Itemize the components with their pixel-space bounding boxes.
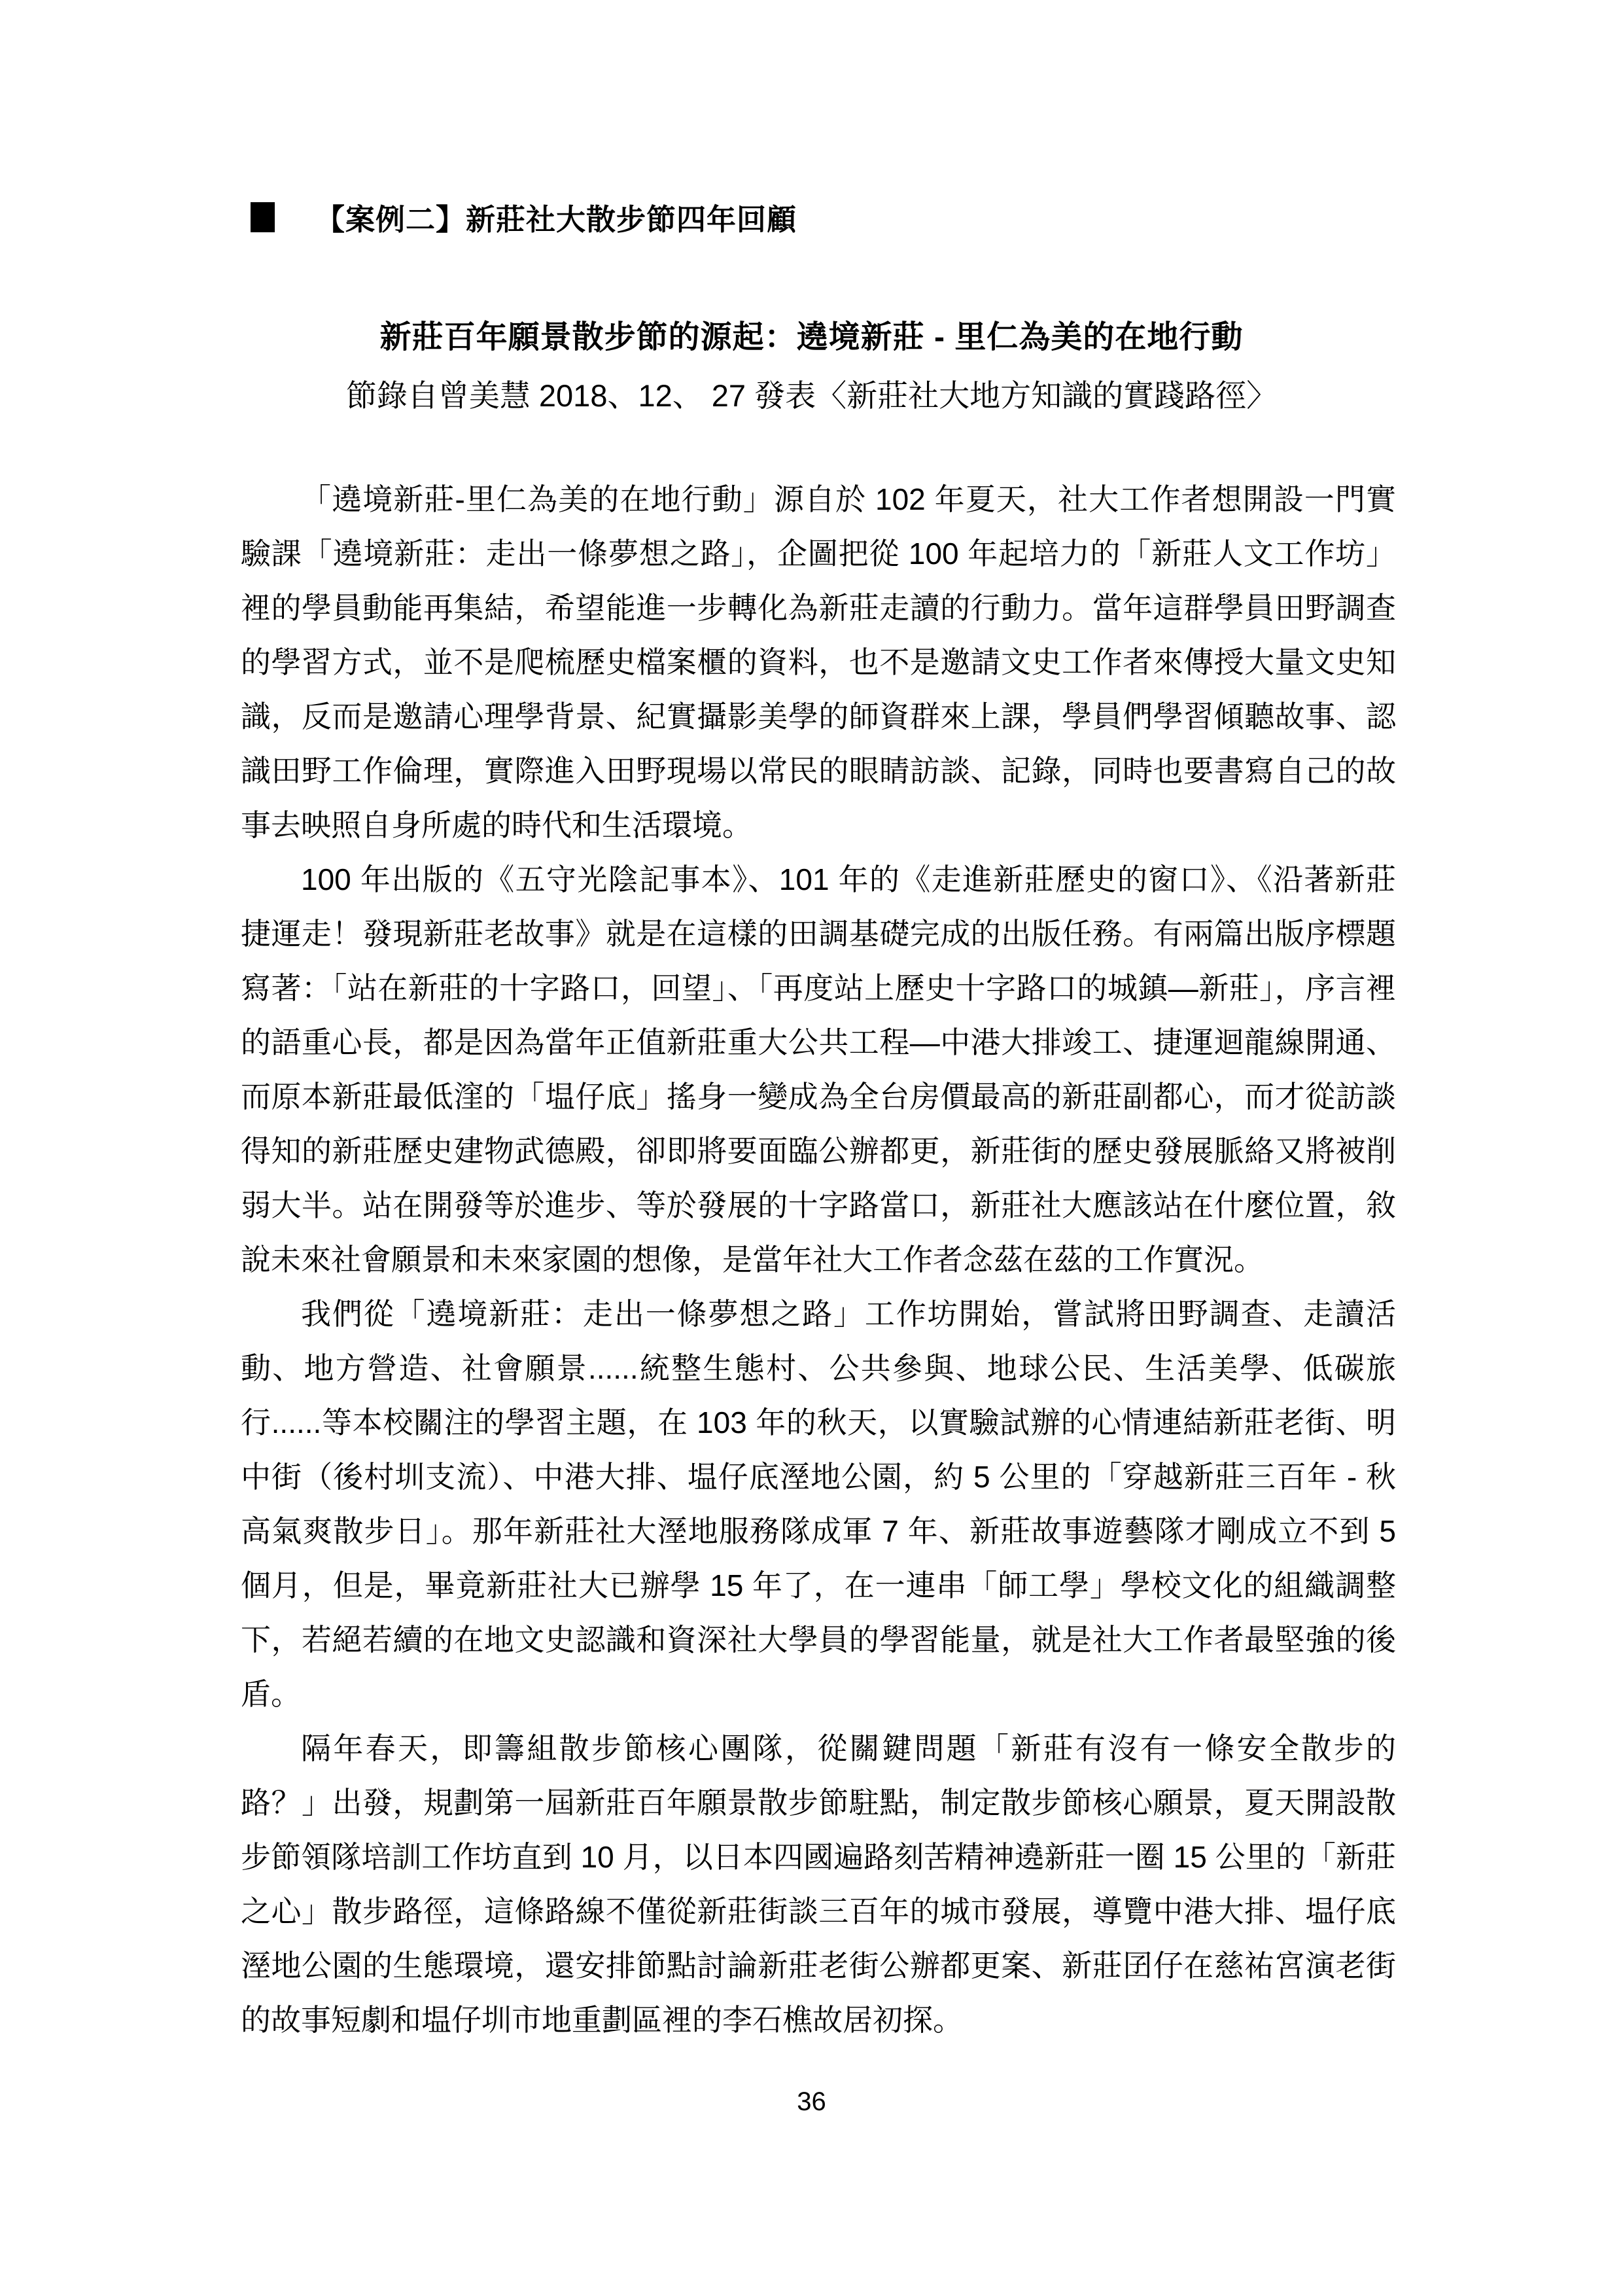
document-page: { "section_header": { "marker_icon": "bl… [0, 0, 1623, 2296]
article-subtitle: 節錄自曾美慧 2018、12、 27 發表〈新莊社大地方知識的實踐路徑〉 [0, 372, 1623, 415]
paragraph-1: 「遶境新莊-里仁為美的在地行動」源自於 102 年夏天，社大工作者想開設一門實驗… [241, 472, 1396, 853]
paragraph-3: 我們從「遶境新莊：走出一條夢想之路」工作坊開始，嘗試將田野調查、走讀活動、地方營… [241, 1287, 1396, 1722]
article-title: 新莊百年願景散步節的源起：遶境新莊 - 里仁為美的在地行動 [0, 311, 1623, 357]
article-body: 「遶境新莊-里仁為美的在地行動」源自於 102 年夏天，社大工作者想開設一門實驗… [241, 472, 1396, 2047]
black-square-icon [251, 202, 275, 232]
page-number: 36 [0, 2087, 1623, 2117]
section-title: 【案例二】新莊社大散步節四年回顧 [315, 196, 797, 238]
paragraph-4: 隔年春天，即籌組散步節核心團隊，從關鍵問題「新莊有沒有一條安全散步的路？」出發，… [241, 1722, 1396, 2047]
section-header: 【案例二】新莊社大散步節四年回顧 [251, 196, 797, 238]
paragraph-2: 100 年出版的《五守光陰記事本》、101 年的《走進新莊歷史的窗口》、《沿著新… [241, 853, 1396, 1287]
